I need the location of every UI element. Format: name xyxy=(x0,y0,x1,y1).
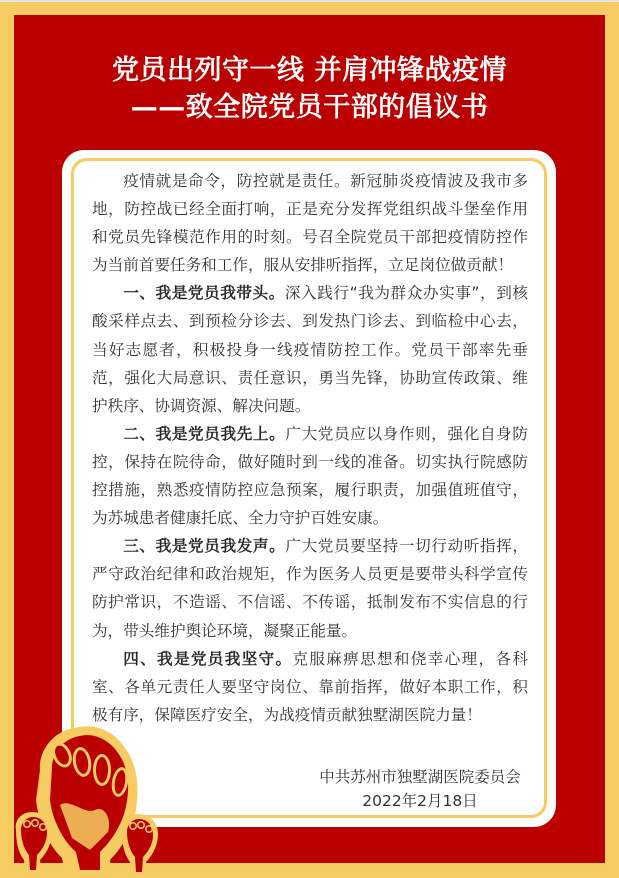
section-heading: 三、我是党员我发声。 xyxy=(123,537,285,555)
section-paragraph-4: 四、我是党员我坚守。克服麻痹思想和侥幸心理，各科室、各单元责任人要坚守岗位、靠前… xyxy=(92,645,528,729)
raised-fists-icon xyxy=(0,720,200,878)
section-text: 深入践行“我为群众办实事”，到核酸采样点去、到预检分诊去、到发热门诊去、到临检中… xyxy=(92,284,528,414)
section-heading: 一、我是党员我带头。 xyxy=(123,284,285,302)
section-paragraph-2: 二、我是党员我先上。广大党员应以身作则，强化自身防控，保持在院待命，做好随时到一… xyxy=(92,420,528,532)
section-paragraph-1: 一、我是党员我带头。深入践行“我为群众办实事”，到核酸采样点去、到预检分诊去、到… xyxy=(92,279,528,419)
intro-paragraph: 疫情就是命令，防控就是责任。新冠肺炎疫情波及我市多地，防控战已经全面打响，正是充… xyxy=(92,167,528,279)
poster-subtitle: ——致全院党员干部的倡议书 xyxy=(0,90,619,126)
section-heading: 二、我是党员我先上。 xyxy=(123,425,285,443)
letter-body: 疫情就是命令，防控就是责任。新冠肺炎疫情波及我市多地，防控战已经全面打响，正是充… xyxy=(92,167,528,729)
section-paragraph-3: 三、我是党员我发声。广大党员要坚持一切行动听指挥，严守政治纪律和政治规矩，作为医… xyxy=(92,532,528,644)
poster-title: 党员出列守一线 并肩冲锋战疫情 xyxy=(0,53,619,89)
signature-date: 2022年2月18日 xyxy=(300,790,540,812)
section-heading: 四、我是党员我坚守。 xyxy=(123,650,292,668)
signature-organization: 中共苏州市独墅湖医院委员会 xyxy=(300,766,540,788)
top-edge-line xyxy=(0,0,619,2)
